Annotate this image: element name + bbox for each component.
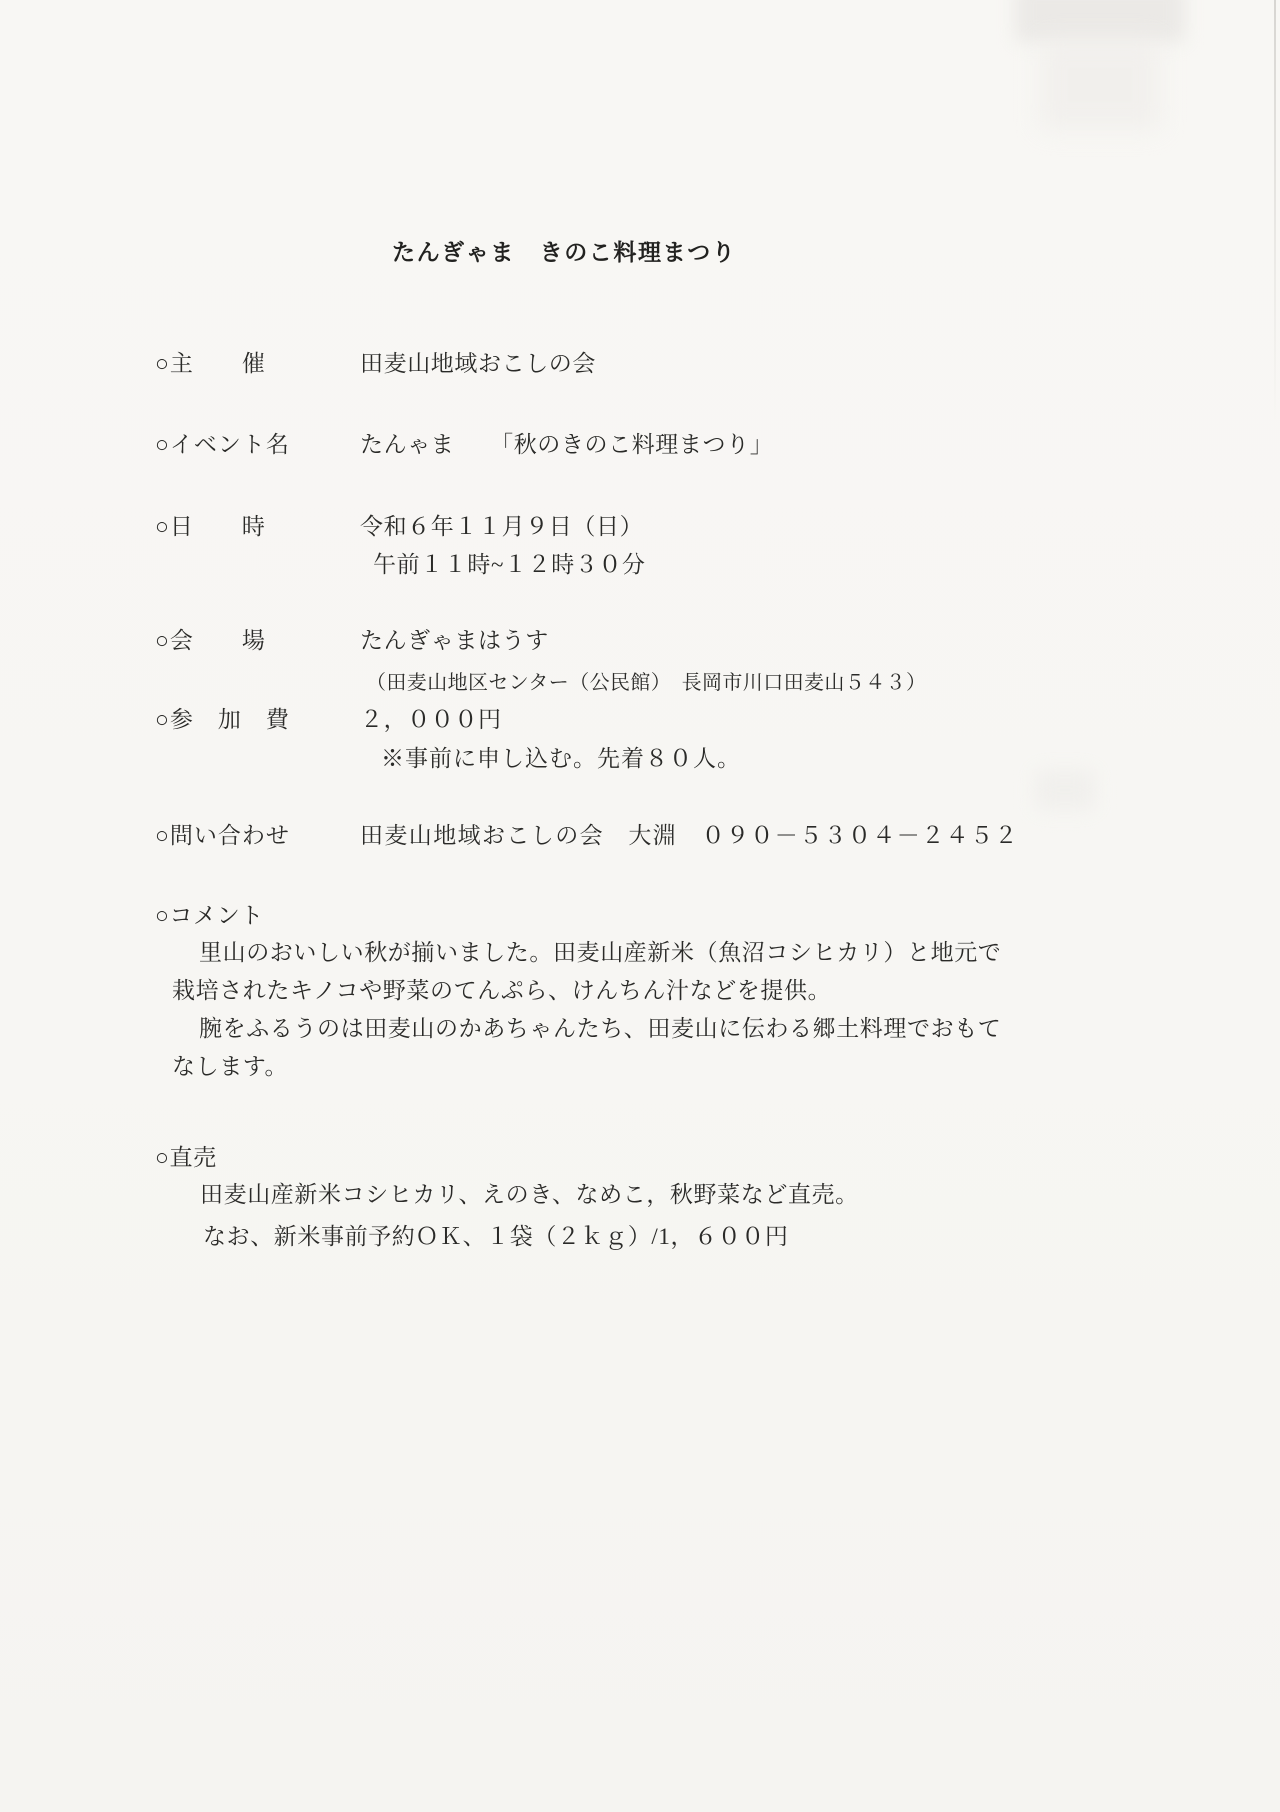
scanned-document-page: たんぎゃま きのこ料理まつり ○主 催 田麦山地域おこしの会 ○イベント名 たん… bbox=[0, 0, 1280, 1812]
event-name-label: ○イベント名 bbox=[155, 430, 290, 460]
fee-note: ※事前に申し込む。先着８０人。 bbox=[381, 744, 741, 774]
contact-label: ○問い合わせ bbox=[155, 821, 290, 851]
date-value: 令和６年１１月９日（日） bbox=[360, 512, 643, 542]
sale-heading: ○直売 bbox=[155, 1143, 217, 1173]
document-title: たんぎゃま きのこ料理まつり bbox=[392, 238, 736, 268]
scan-smudge-artifact bbox=[1040, 40, 1160, 130]
fee-label: ○参 加 費 bbox=[155, 705, 290, 735]
venue-label: ○会 場 bbox=[155, 626, 266, 656]
time-value: 午前１１時~１２時３０分 bbox=[373, 550, 646, 580]
comment-heading: ○コメント bbox=[155, 901, 264, 931]
organizer-label: ○主 催 bbox=[155, 349, 266, 379]
comment-line-1: 里山のおいしい秋が揃いました。田麦山産新米（魚沼コシヒカリ）と地元で bbox=[199, 938, 1001, 968]
venue-value: たんぎゃまはうす bbox=[360, 626, 549, 656]
date-label: ○日 時 bbox=[155, 512, 266, 542]
fee-value: ２，０００円 bbox=[360, 705, 502, 735]
comment-line-3: 腕をふるうのは田麦山のかあちゃんたち、田麦山に伝わる郷土料理でおもて bbox=[199, 1014, 1001, 1044]
sale-line-2: なお、新米事前予約ＯＫ、１袋（２ｋｇ）/1，６００円 bbox=[203, 1222, 789, 1252]
event-name-value: たんゃま 「秋のきのこ料理まつり」 bbox=[360, 430, 773, 460]
venue-address: （田麦山地区センター（公民館） 長岡市川口田麦山５４３） bbox=[366, 668, 926, 698]
sale-line-1: 田麦山産新米コシヒカリ、えのき、なめこ，秋野菜など直売。 bbox=[200, 1180, 859, 1210]
scan-smudge-artifact bbox=[1035, 770, 1095, 810]
scan-edge-artifact bbox=[1274, 0, 1276, 420]
contact-value: 田麦山地域おこしの会 大淵 ０９０－５３０４－２４５２ bbox=[360, 821, 1019, 851]
scan-smudge-artifact bbox=[1015, 0, 1185, 42]
comment-line-4: なします。 bbox=[172, 1052, 288, 1082]
comment-line-2: 栽培されたキノコや野菜のてんぷら、けんちん汁などを提供。 bbox=[172, 976, 831, 1006]
organizer-value: 田麦山地域おこしの会 bbox=[360, 349, 596, 379]
